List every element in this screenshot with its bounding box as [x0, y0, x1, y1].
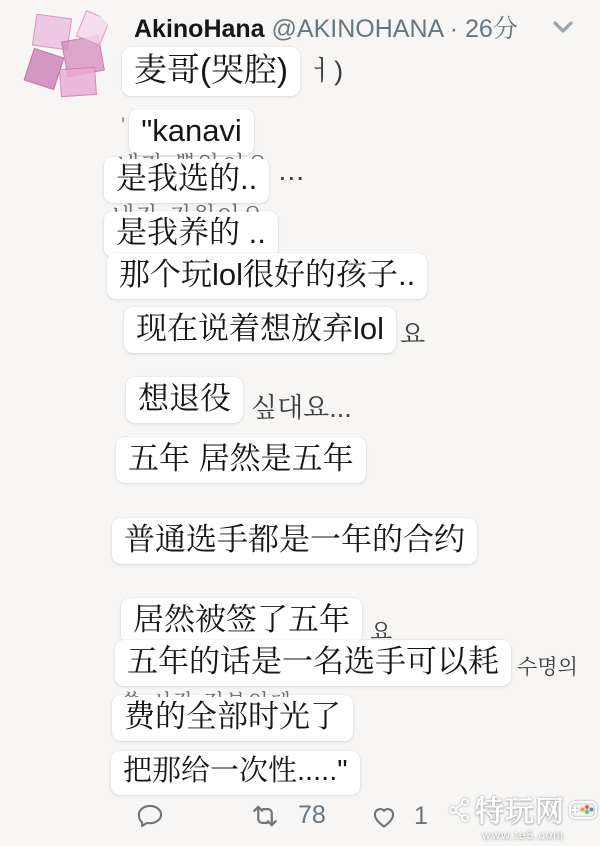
korean-fragment: ㅓ) [308, 49, 343, 88]
translation-sticker: 那个玩lol很好的孩子.. [107, 253, 427, 299]
share-nodes-icon [448, 797, 472, 823]
translation-sticker: 现在说着想放弃lol [124, 307, 396, 353]
covered-korean-line: 내가 키웠어요... [112, 197, 442, 212]
like-count: 1 [414, 802, 428, 831]
heart-icon [370, 803, 398, 831]
reply-bubble-icon [136, 802, 164, 830]
tweet-line: 把那给一次性....." [111, 751, 360, 795]
korean-fragment: 싶대요... [251, 386, 352, 425]
gamepad-icon [568, 799, 598, 821]
handle-and-timestamp[interactable]: @AKINOHANA · 26分 [272, 15, 518, 43]
watermark-title: 特玩网 [475, 789, 565, 830]
avatar-crystal-shard [59, 67, 97, 97]
translation-sticker: 费的全部时光了 [112, 695, 353, 741]
tweet-screenshot: AkinoHana @AKINOHANA · 26分 麦哥(哭腔)ㅓ)'"kan… [0, 0, 600, 846]
tweet-line: 是我养的 .. [104, 211, 278, 257]
retweet-icon [248, 802, 282, 830]
retweet-count: 78 [298, 801, 326, 830]
tweet-line: 费的全部时光了 [112, 695, 353, 741]
translation-sticker: 想退役 [126, 377, 243, 423]
translation-sticker: 是我养的 .. [104, 211, 278, 257]
retweet-button[interactable]: 78 [248, 801, 326, 830]
tweet-header: AkinoHana @AKINOHANA · 26分 [134, 14, 518, 44]
tweet-line: 五年 居然是五年 [116, 437, 366, 483]
korean-fragment: 수명의 [517, 651, 578, 681]
korean-fragment: 요 [400, 314, 425, 351]
tweet-line: 想退役싶대요... [126, 377, 352, 425]
tweet-line: 麦哥(哭腔)ㅓ) [122, 47, 343, 96]
translation-sticker: 把那给一次性....." [111, 751, 360, 795]
tweet-line: 那个玩lol很好的孩子.. [107, 253, 427, 299]
tweet-line: 居然被签了五年요 [121, 598, 392, 646]
reply-button[interactable] [136, 802, 164, 830]
covered-korean-line: 쓸 시간 전부인데... [121, 686, 431, 697]
tweet-line: 现在说着想放弃lol요 [124, 307, 425, 353]
korean-fragment: ' [121, 113, 125, 139]
translation-sticker: 五年的话是一名选手可以耗 [115, 640, 511, 686]
korean-fragment: … [277, 155, 308, 187]
avatar[interactable] [16, 4, 118, 106]
translation-sticker: 麦哥(哭腔) [122, 47, 300, 96]
display-name[interactable]: AkinoHana [134, 15, 265, 43]
covered-korean-line: 내가 뽑았어요 [117, 146, 397, 159]
translation-sticker: 居然被签了五年 [121, 598, 362, 644]
tweet-line: 五年的话是一名选手可以耗수명의 [115, 640, 578, 686]
watermark-url: www.te5.com [482, 828, 564, 842]
translation-sticker: 五年 居然是五年 [116, 437, 366, 483]
chevron-down-icon[interactable] [550, 18, 576, 41]
tweet-line: 普通选手都是一年的合约 [112, 518, 477, 564]
like-button[interactable]: 1 [370, 802, 428, 831]
translation-sticker: 普通选手都是一年的合约 [112, 518, 477, 564]
site-watermark: 特玩网 www.te5.com [448, 789, 598, 842]
